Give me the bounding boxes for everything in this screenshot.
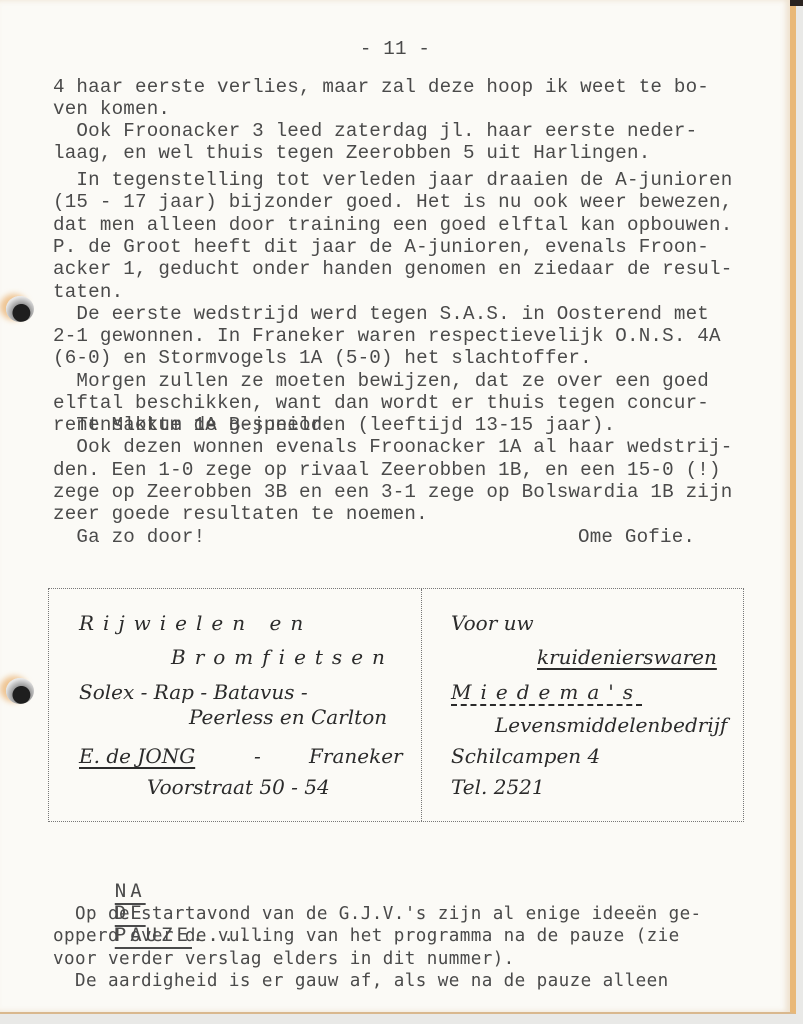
- signature: Ome Gofie.: [578, 526, 695, 548]
- text-line: Tenslotte de B-junioren (leeftijd 13-15 …: [53, 414, 615, 436]
- ad-city: Franeker: [309, 744, 403, 768]
- advertisement-box: Rijwielen en Bromfietsen Solex - Rap - B…: [48, 588, 744, 822]
- ad-dealer-name: E. de JONG: [79, 744, 195, 768]
- text-line: dat men alleen door training een goed el…: [53, 214, 732, 236]
- text-line: Ook Froonacker 3 leed zaterdag jl. haar …: [53, 120, 697, 142]
- ad-line: Solex - Rap - Batavus -: [79, 680, 308, 704]
- ad-address: Schilcampen 4: [451, 744, 600, 768]
- heading-word: NA: [115, 880, 146, 902]
- text-line: Op de startavond van de G.J.V.'s zijn al…: [53, 903, 702, 925]
- document-page: - 11 - 4 haar eerste verlies, maar zal d…: [0, 0, 796, 1014]
- text-line: P. de Groot heeft dit jaar de A-junioren…: [53, 236, 709, 258]
- text-line: (6-0) en Stormvogels 1A (5-0) het slacht…: [53, 347, 592, 369]
- text-line: laag, en wel thuis tegen Zeerobben 5 uit…: [53, 142, 650, 164]
- text-line: zeer goede resultaten te noemen.: [53, 503, 428, 525]
- text-line: elftal beschikken, want dan wordt er thu…: [53, 392, 709, 414]
- ad-line: Bromfietsen: [171, 645, 394, 669]
- advertisement-divider: [421, 589, 422, 821]
- ad-line: Rijwielen en: [79, 611, 312, 635]
- text-line: taten.: [53, 281, 123, 303]
- text-line: (15 - 17 jaar) bijzonder goed. Het is nu…: [53, 191, 732, 213]
- ad-line: Voor uw: [451, 611, 534, 635]
- punch-hole-top: [6, 296, 34, 322]
- text-line: Ga zo door!: [53, 526, 205, 548]
- text-line: voor verder verslag elders in dit nummer…: [53, 948, 515, 970]
- text-line: De aardigheid is er gauw af, als we na d…: [53, 970, 669, 992]
- text-line: opperd over de vulling van het programma…: [53, 925, 680, 947]
- ad-phone: Tel. 2521: [451, 775, 545, 799]
- text-line: De eerste wedstrijd werd tegen S.A.S. in…: [53, 303, 709, 325]
- ad-line: Levensmiddelenbedrijf: [495, 713, 727, 737]
- text-line: In tegenstelling tot verleden jaar draai…: [53, 169, 732, 191]
- punch-hole-bottom: [6, 678, 34, 704]
- text-line: acker 1, geducht onder handen genomen en…: [53, 258, 732, 280]
- text-line: 2-1 gewonnen. In Franeker waren respecti…: [53, 325, 721, 347]
- ad-separator: -: [254, 744, 261, 768]
- text-line: Ook dezen wonnen evenals Froonacker 1A a…: [53, 436, 732, 458]
- ad-line: kruidenierswaren: [537, 645, 717, 669]
- text-line: zege op Zeerobben 3B en een 3-1 zege op …: [53, 481, 732, 503]
- text-line: ven komen.: [53, 98, 170, 120]
- ad-line: Peerless en Carlton: [189, 705, 387, 729]
- text-line: 4 haar eerste verlies, maar zal deze hoo…: [53, 76, 709, 98]
- scan-edge: [790, 0, 803, 6]
- ad-shop-name: Miedema's: [451, 680, 642, 704]
- text-line: Morgen zullen ze moeten bewijzen, dat ze…: [53, 370, 709, 392]
- ad-address: Voorstraat 50 - 54: [147, 775, 330, 799]
- page-number: - 11 -: [0, 38, 790, 60]
- text-line: den. Een 1-0 zege op rivaal Zeerobben 1B…: [53, 459, 721, 481]
